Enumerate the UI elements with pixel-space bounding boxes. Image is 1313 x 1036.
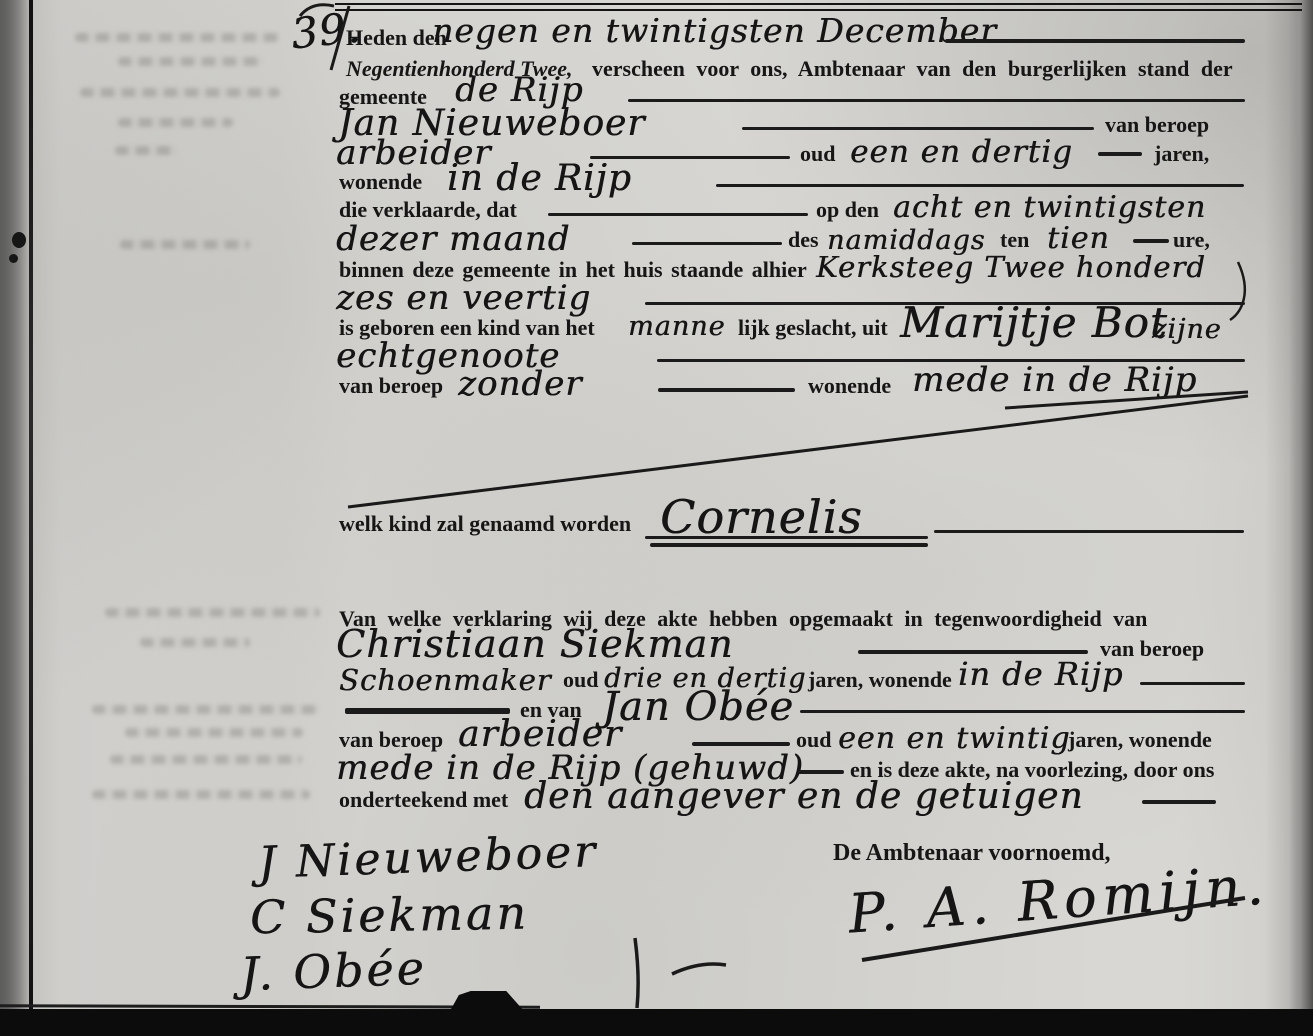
hw-witness2-name: Jan Obée — [602, 684, 794, 730]
fill-rule — [716, 184, 1244, 187]
bleedthrough-mark — [75, 33, 280, 42]
printed-ambtenaar-voornoemd: De Ambtenaar voornoemd, — [833, 840, 1111, 867]
dash-stroke — [1140, 682, 1245, 685]
printed-welk-kind: welk kind zal genaamd worden — [339, 511, 631, 537]
hw-aangever-getuigen: den aangever en de getuigen — [524, 776, 1084, 817]
fill-rule — [934, 530, 1244, 533]
hw-mother-occupation: zonder — [458, 364, 582, 404]
fill-rule — [800, 710, 1245, 713]
hw-declarant-age: een en dertig — [850, 134, 1073, 170]
hw-witness1-occupation: Schoenmaker — [339, 663, 551, 697]
fill-rule — [548, 213, 808, 216]
fill-rule — [632, 242, 782, 245]
printed-wonende-2: wonende — [808, 373, 891, 399]
bleedthrough-mark — [110, 755, 302, 764]
bleedthrough-mark — [120, 240, 250, 249]
dash-stroke — [1133, 239, 1169, 243]
printed-wonende: wonende — [339, 169, 422, 195]
page-binding-edge — [0, 0, 30, 1036]
page-bottom-notch — [450, 991, 524, 1011]
hw-house-number: zes en veertig — [336, 278, 591, 318]
bleedthrough-mark — [105, 608, 320, 617]
hw-dezer-maand: dezer maand — [336, 219, 570, 259]
top-rule — [335, 3, 1302, 5]
hw-witness1-residence: in de Rijp — [958, 655, 1123, 693]
dash-stroke — [798, 770, 844, 774]
dash-stroke — [1142, 800, 1216, 804]
hw-mother-name: Marijtje Bot — [900, 298, 1168, 347]
printed-jaren-wonende: jaren, wonende — [808, 667, 952, 693]
fill-rule — [858, 650, 1088, 654]
child-name-underline — [645, 536, 928, 539]
fill-rule — [742, 127, 1094, 130]
hw-mother-residence: mede in de Rijp — [912, 360, 1197, 400]
hw-birth-day: acht en twintigsten — [893, 190, 1206, 225]
printed-oud: oud — [800, 141, 835, 167]
bleedthrough-mark — [92, 790, 310, 799]
printed-jaren: jaren, — [1154, 141, 1209, 167]
bleedthrough-mark — [118, 57, 263, 66]
printed-des: des — [788, 227, 819, 253]
signature-witness1: J Nieuweboer — [257, 826, 599, 889]
scan-background-band — [0, 1009, 1313, 1036]
printed-geslacht-uit: lijk geslacht, uit — [738, 315, 888, 341]
signature-witness3: J. Obée — [239, 941, 427, 1001]
hw-zijne: zijne — [1152, 314, 1222, 345]
hw-birth-address: Kerksteeg Twee honderd — [816, 250, 1206, 284]
printed-op-den: op den — [816, 197, 879, 223]
bleedthrough-mark — [92, 705, 320, 714]
bleedthrough-mark — [80, 88, 280, 97]
hw-witness1-name: Christiaan Siekman — [336, 622, 734, 666]
dash-stroke — [1098, 152, 1142, 156]
page-fold-line — [29, 0, 33, 1036]
dash-stroke — [692, 742, 790, 746]
dash-stroke — [658, 388, 795, 392]
fill-rule — [628, 99, 1245, 102]
printed-van-beroep: van beroep — [1105, 112, 1209, 138]
ink-blot — [9, 254, 18, 263]
printed-oud-2: oud — [563, 667, 598, 693]
signature-witness2: C Siekman — [250, 886, 530, 945]
signature-official: P. A. Romijn. — [846, 853, 1271, 945]
bleedthrough-mark — [140, 638, 250, 647]
page-gutter-shadow — [1289, 0, 1313, 1036]
fill-rule — [945, 39, 1245, 43]
printed-jaren-wonende-2: jaren, wonende — [1068, 727, 1212, 753]
ink-blot — [12, 232, 26, 248]
printed-onderteekend-met: onderteekend met — [339, 787, 508, 813]
child-name-underline — [650, 543, 928, 547]
birth-certificate-scan: 39. Heden den negen en twintigsten Decem… — [0, 0, 1313, 1036]
hw-gender: manne — [628, 311, 725, 342]
hw-declarant-residence: in de Rijp — [447, 158, 632, 199]
printed-van-beroep-2: van beroep — [339, 373, 443, 399]
bleedthrough-mark — [125, 728, 303, 737]
bleedthrough-mark — [115, 146, 177, 155]
hw-witness2-age: een en twintig — [838, 721, 1070, 756]
printed-verscheen: verscheen voor ons, Ambtenaar van den bu… — [592, 56, 1233, 82]
hw-date: negen en twintigsten December — [432, 11, 997, 50]
bleedthrough-mark — [118, 118, 233, 127]
